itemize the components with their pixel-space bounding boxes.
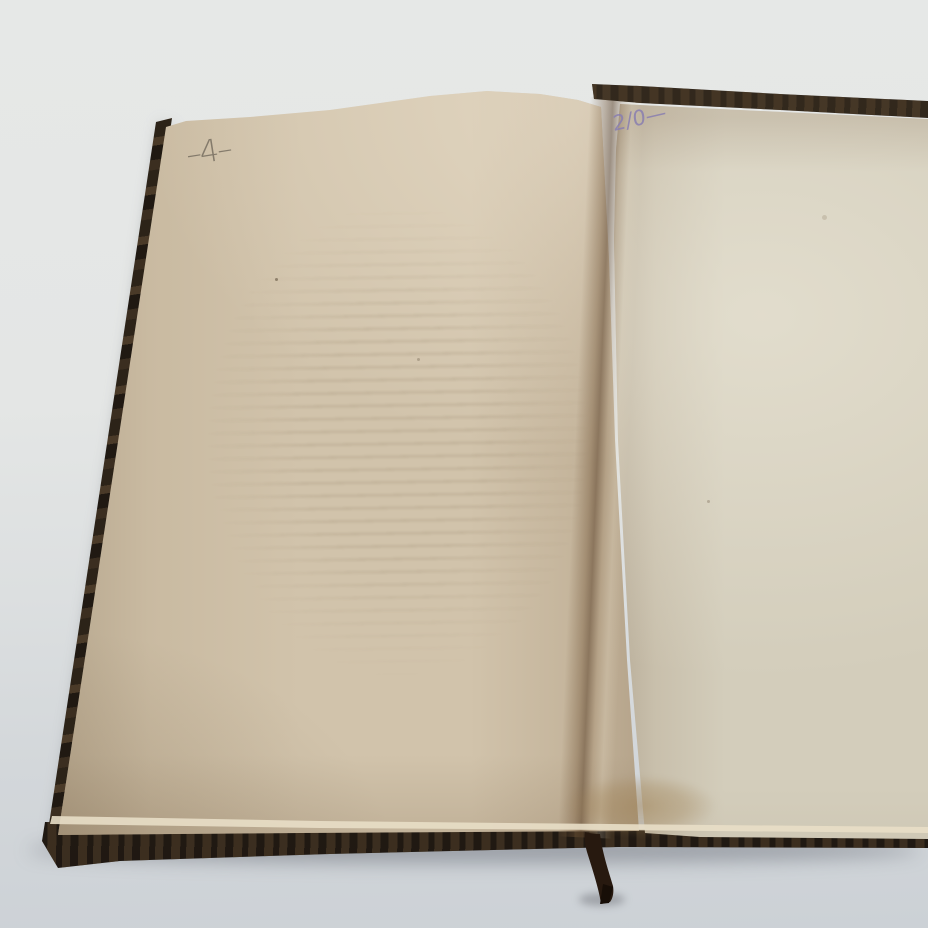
ribbon-shadow — [579, 893, 625, 906]
paper-specks — [275, 278, 278, 281]
photo-open-antique-book: –4– 2/0— — [0, 0, 928, 928]
handwritten-pencil-mark: –4– — [183, 131, 233, 174]
